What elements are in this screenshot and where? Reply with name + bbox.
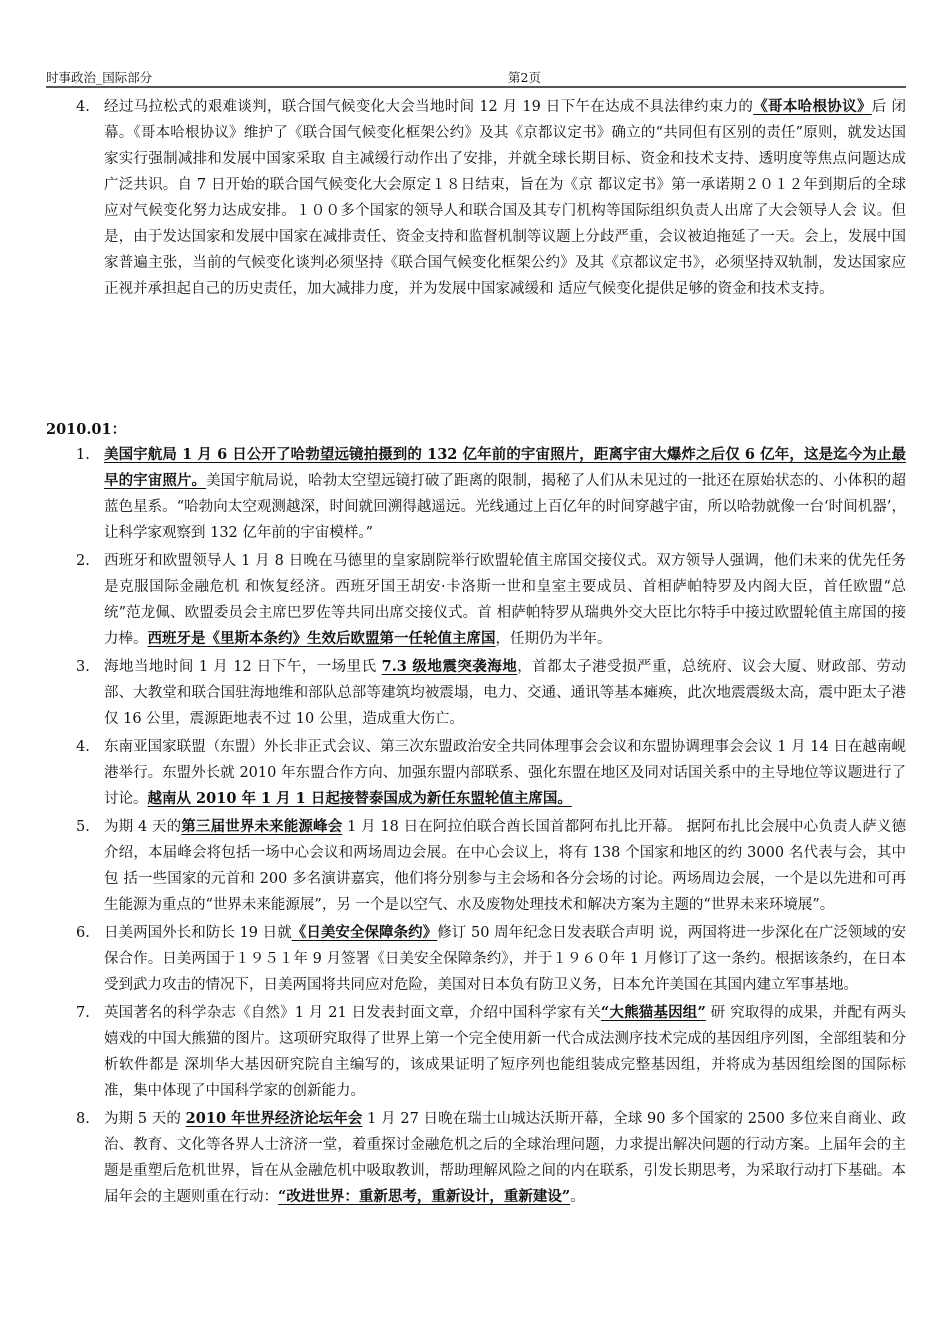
body-text: 经过马拉松式的艰难谈判，联合国气候变化大会当地时间 12 月 19 日下午在达成…	[104, 99, 753, 115]
continued-list: 4.经过马拉松式的艰难谈判，联合国气候变化大会当地时间 12 月 19 日下午在…	[46, 94, 906, 304]
news-list: 1.美国宇航局 1 月 6 日公开了哈勃望远镜拍摄到的 132 亿年前的宇宙照片…	[46, 442, 906, 1212]
item-number: 7.	[76, 1000, 90, 1026]
highlighted-text: 《哥本哈根协议》	[753, 98, 872, 115]
highlighted-text: “大熊猫基因组”	[601, 1004, 706, 1021]
item-number: 8.	[76, 1106, 90, 1132]
item-number: 3.	[76, 654, 90, 680]
page-number: 第2页	[508, 68, 541, 86]
item-number: 4.	[76, 94, 90, 120]
item-number: 5.	[76, 814, 90, 840]
highlighted-text: 西班牙是《里斯本条约》生效后欧盟第一任轮值主席国	[148, 630, 496, 647]
body-text: 为期 4 天的	[104, 819, 181, 835]
page-header: 时事政治_国际部分 第2页	[46, 68, 906, 88]
body-text: 。	[570, 1189, 585, 1205]
body-text: 海地当地时间 1 月 12 日下午，一场里氏	[104, 659, 382, 675]
item-number: 4.	[76, 734, 90, 760]
header-title: 时事政治_国际部分	[46, 68, 152, 86]
body-text: 为期 5 天的	[104, 1111, 186, 1127]
list-item: 1.美国宇航局 1 月 6 日公开了哈勃望远镜拍摄到的 132 亿年前的宇宙照片…	[46, 442, 906, 546]
list-item: 4.东南亚国家联盟（东盟）外长非正式会议、第三次东盟政治安全共同体理事会会议和东…	[46, 734, 906, 812]
list-item: 5.为期 4 天的第三届世界未来能源峰会 1 月 18 日在阿拉伯联合酋长国首都…	[46, 814, 906, 918]
highlighted-text: 7.3 级地震突袭海地	[382, 658, 518, 675]
section-heading: 2010.01：	[46, 418, 126, 439]
body-text: 后 闭幕。《哥本哈根协议》维护了《联合国气候变化框架公约》及其《京都议定书》确立…	[104, 99, 906, 297]
list-item: 7.英国著名的科学杂志《自然》1 月 21 日发表封面文章，介绍中国科学家有关“…	[46, 1000, 906, 1104]
highlighted-text: 《日美安全保障条约》	[292, 924, 437, 941]
body-text: 英国著名的科学杂志《自然》1 月 21 日发表封面文章，介绍中国科学家有关	[104, 1005, 601, 1021]
body-text: 日美两国外长和防长 19 日就	[104, 925, 292, 941]
list-item: 2.西班牙和欧盟领导人 1 月 8 日晚在马德里的皇家剧院举行欧盟轮值主席国交接…	[46, 548, 906, 652]
highlighted-text: 2010 年世界经济论坛年会	[186, 1110, 363, 1127]
highlighted-text: 第三届世界未来能源峰会	[181, 818, 342, 835]
item-number: 1.	[76, 442, 90, 468]
item-number: 2.	[76, 548, 90, 574]
list-item: 3.海地当地时间 1 月 12 日下午，一场里氏 7.3 级地震突袭海地，首都太…	[46, 654, 906, 732]
body-text: 美国宇航局说，哈勃太空望远镜打破了距离的限制，揭秘了人们从未见过的一批还在原始状…	[104, 473, 906, 541]
list-item: 8.为期 5 天的 2010 年世界经济论坛年会 1 月 27 日晚在瑞士山城达…	[46, 1106, 906, 1210]
item-number: 6.	[76, 920, 90, 946]
list-item: 6.日美两国外长和防长 19 日就《日美安全保障条约》修订 50 周年纪念日发表…	[46, 920, 906, 998]
body-text: ，任期仍为半年。	[496, 631, 612, 647]
highlighted-text: “改进世界：重新思考，重新设计，重新建设”	[278, 1188, 570, 1205]
list-item: 4.经过马拉松式的艰难谈判，联合国气候变化大会当地时间 12 月 19 日下午在…	[46, 94, 906, 302]
highlighted-text: 越南从 2010 年 1 月 1 日起接替泰国成为新任东盟轮值主席国。	[148, 790, 572, 807]
